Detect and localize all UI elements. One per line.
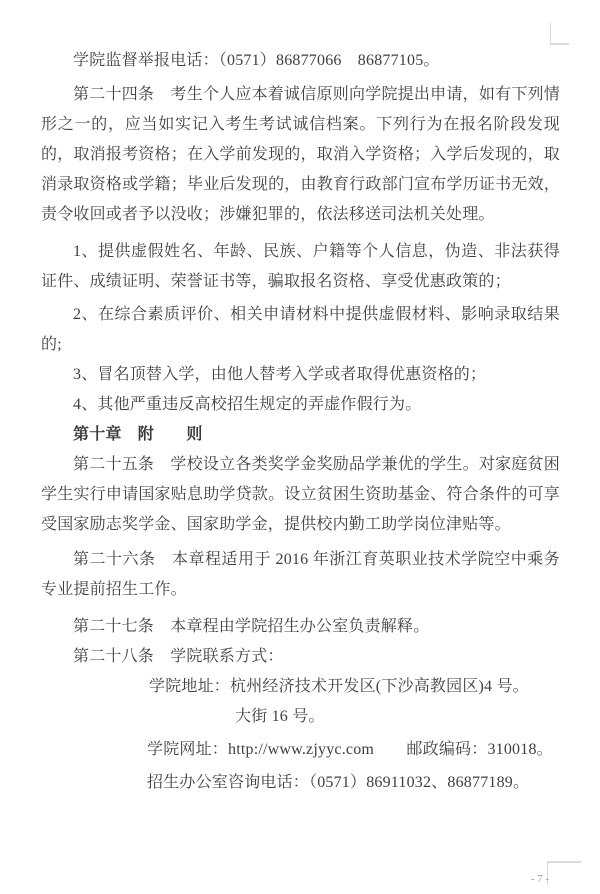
- list-item-2: 2、在综合素质评价、相关申请材料中提供虚假材料、影响录取结果的;: [41, 300, 560, 360]
- list-item-3: 3、冒名顶替入学，由他人替考入学或者取得优惠资格的；: [41, 360, 560, 390]
- address-line-2: 大街 16 号。: [41, 702, 560, 732]
- article-24: 第二十四条 考生个人应本着诚信原则向学院提出申请，如有下列情形之一的，应当如实记…: [41, 80, 560, 230]
- article-27: 第二十七条 本章程由学院招生办公室负责解释。: [41, 612, 560, 642]
- website-line: 学院网址：http://www.zjyyc.com 邮政编码：310018。: [41, 735, 560, 765]
- address-line-1: 学院地址：杭州经济技术开发区(下沙高教园区)4 号。: [41, 672, 560, 702]
- article-26: 第二十六条 本章程适用于 2016 年浙江育英职业技术学院空中乘务专业提前招生工…: [41, 545, 560, 605]
- supervision-phone-line: 学院监督举报电话：（0571）86877066 86877105。: [41, 46, 560, 76]
- scan-corner-mark-top: [550, 23, 569, 45]
- list-item-1: 1、提供虚假姓名、年龄、民族、户籍等个人信息，伪造、非法获得证件、成绩证明、荣誉…: [41, 237, 560, 297]
- article-28: 第二十八条 学院联系方式：: [41, 642, 560, 672]
- list-item-4: 4、其他严重违反高校招生规定的弄虚作假行为。: [41, 390, 560, 420]
- chapter-heading: 第十章 附 则: [41, 420, 560, 450]
- document-content: 学院监督举报电话：（0571）86877066 86877105。 第二十四条 …: [41, 46, 560, 798]
- document-page: 学院监督举报电话：（0571）86877066 86877105。 第二十四条 …: [0, 0, 600, 894]
- admissions-phone-line: 招生办公室咨询电话：（0571）86911032、86877189。: [41, 768, 560, 798]
- article-25: 第二十五条 学校设立各类奖学金奖励品学兼优的学生。对家庭贫困学生实行申请国家贴息…: [41, 450, 560, 540]
- page-number: - 7 -: [518, 872, 562, 886]
